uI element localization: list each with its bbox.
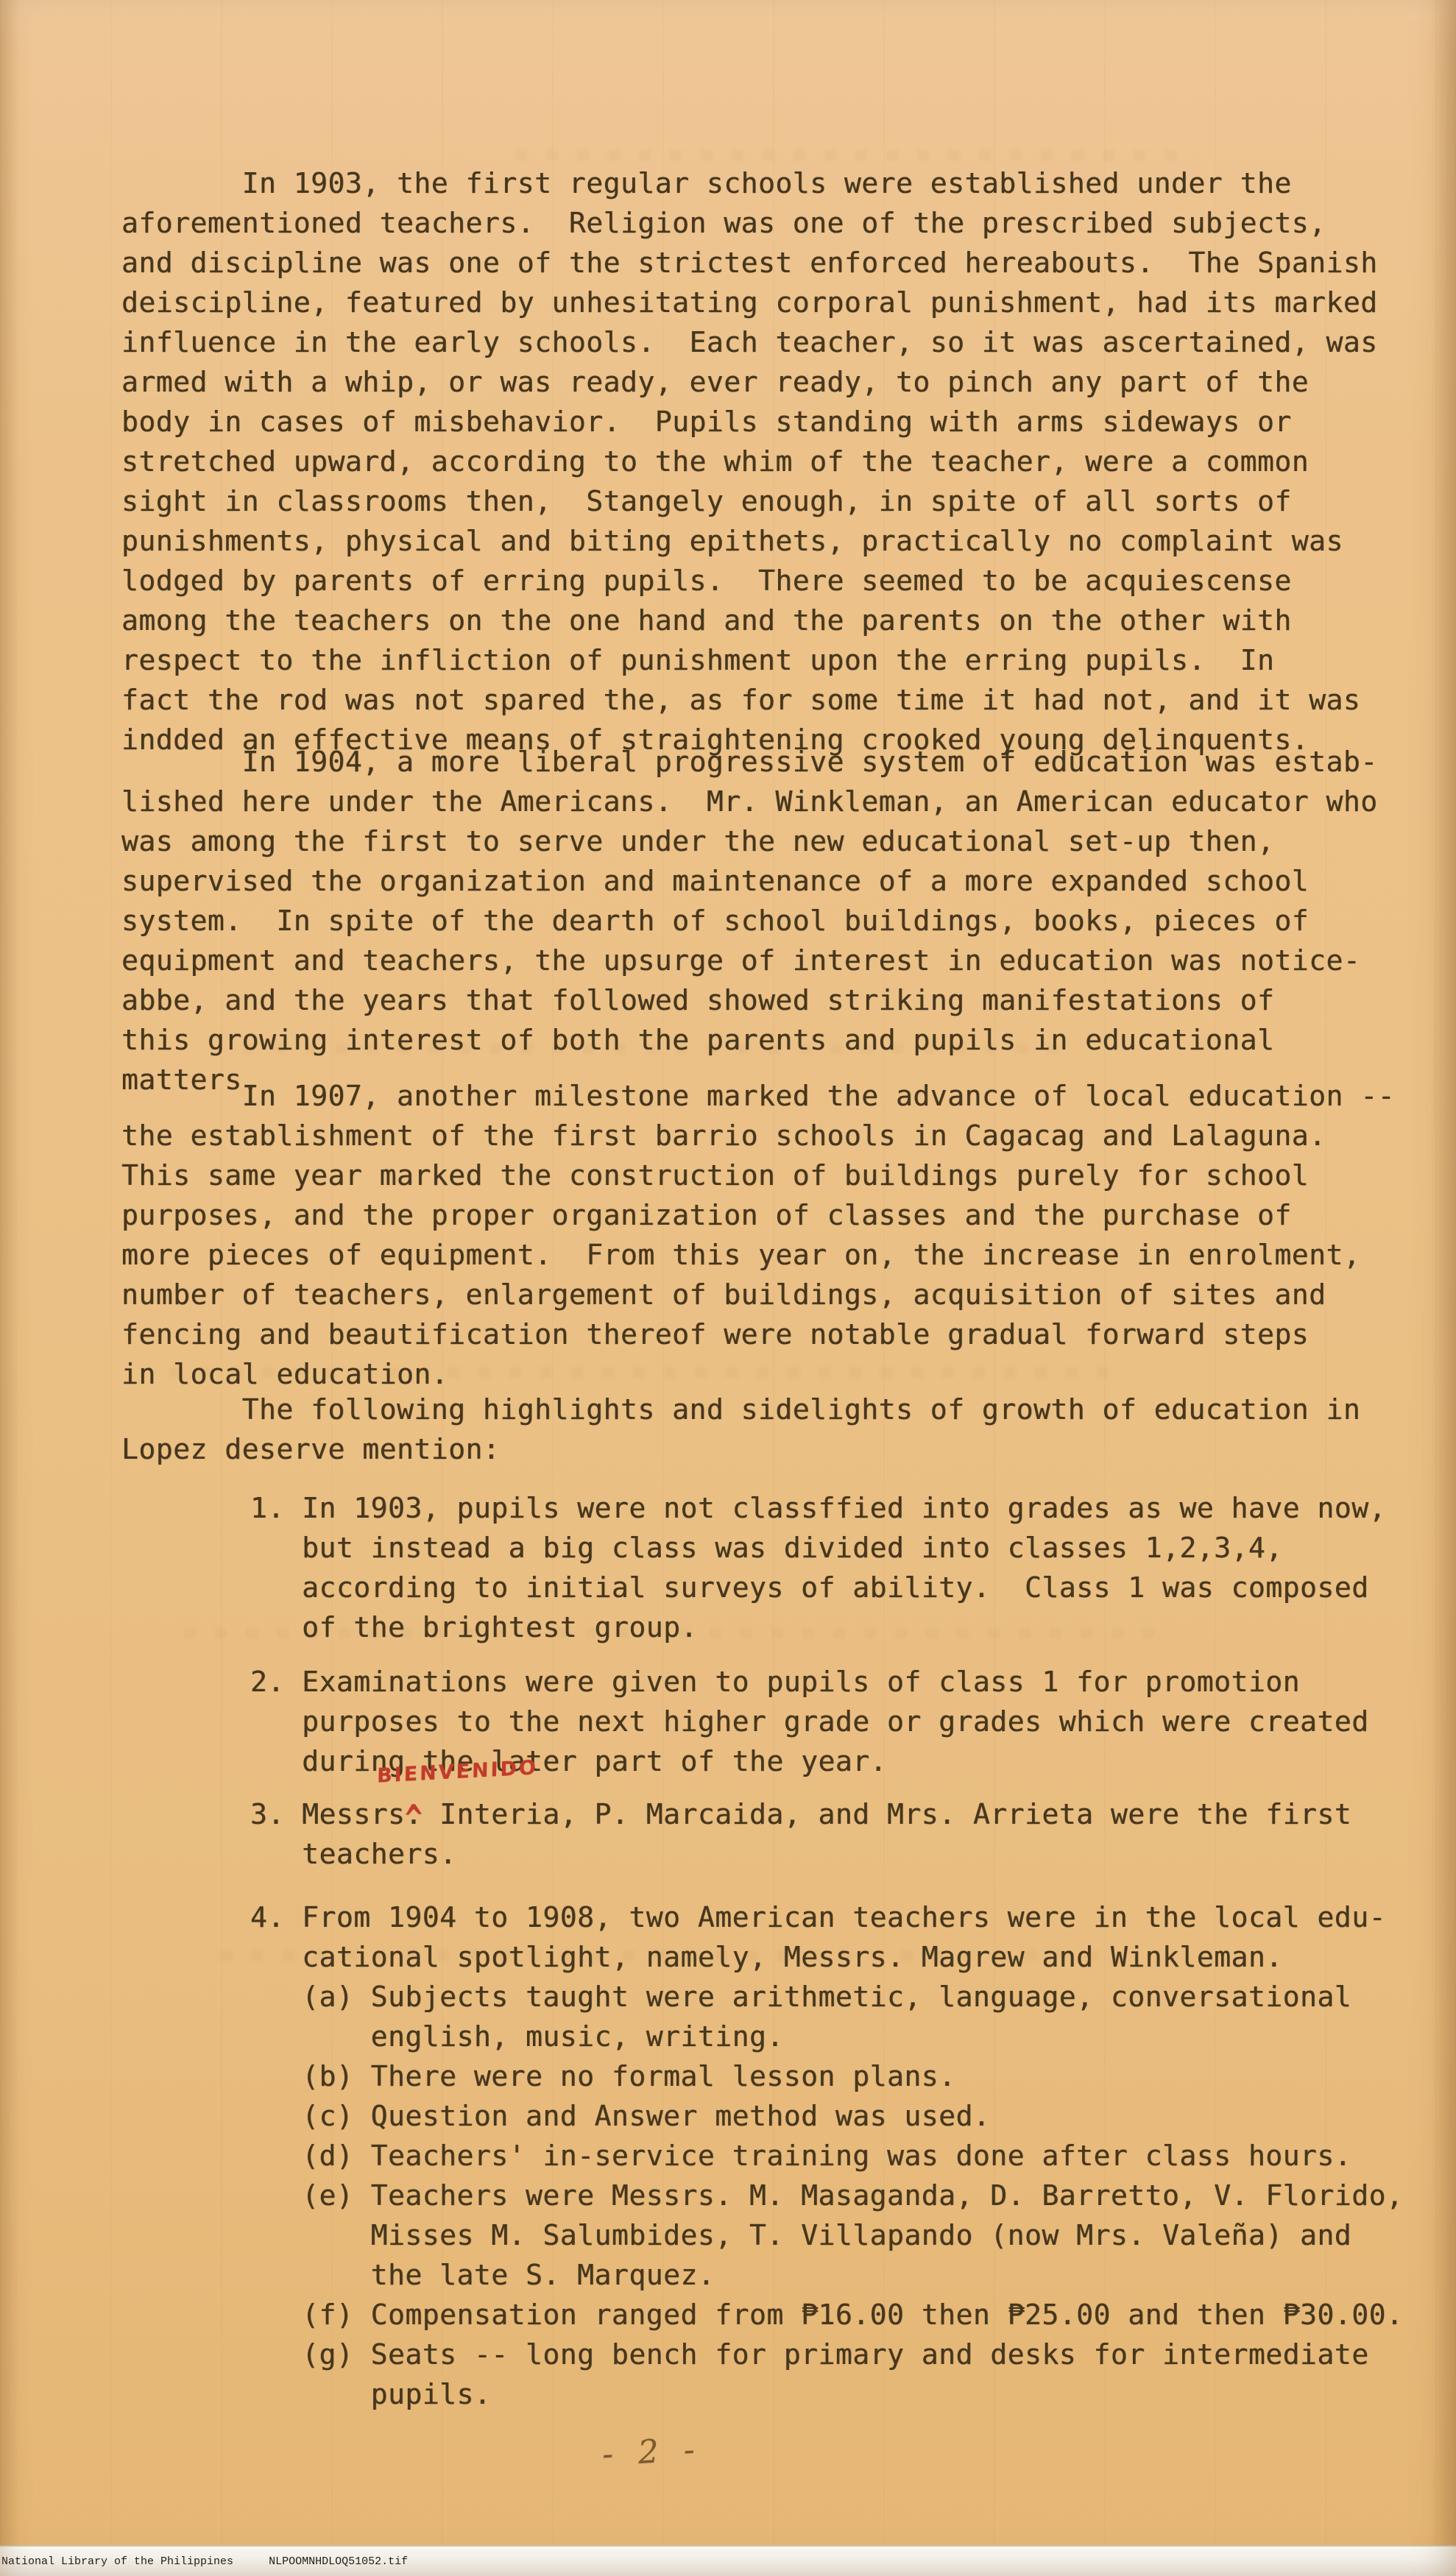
paragraph-highlights-intro: The following highlights and sidelights … <box>121 1390 1360 1469</box>
typed-line: abbe, and the years that followed showed… <box>121 980 1378 1020</box>
typed-line: (b) There were no formal lesson plans. <box>250 2056 1403 2096</box>
typed-line: punishments, physical and biting epithet… <box>121 521 1378 561</box>
typed-line: pupils. <box>250 2374 1403 2414</box>
typed-line: and discipline was one of the strictest … <box>121 243 1378 283</box>
typed-line: 4. From 1904 to 1908, two American teach… <box>250 1897 1403 1937</box>
typed-line: body in cases of misbehavior. Pupils sta… <box>121 402 1378 442</box>
paragraph-1903: In 1903, the first regular schools were … <box>121 163 1378 760</box>
typed-line: In 1904, a more liberal progressive syst… <box>121 742 1378 782</box>
typed-line: more pieces of equipment. From this year… <box>121 1235 1395 1275</box>
typed-line: (c) Question and Answer method was used. <box>250 2096 1403 2136</box>
typed-line: 2. Examinations were given to pupils of … <box>250 1662 1369 1702</box>
typed-line: (g) Seats -- long bench for primary and … <box>250 2335 1403 2374</box>
typed-line: number of teachers, enlargement of build… <box>121 1275 1395 1314</box>
typed-line: stretched upward, according to the whim … <box>121 442 1378 481</box>
paragraph-1904: In 1904, a more liberal progressive syst… <box>121 742 1378 1100</box>
typed-line: was among the first to serve under the n… <box>121 821 1378 861</box>
typed-line: 1. In 1903, pupils were not classffied i… <box>250 1488 1386 1528</box>
insertion-caret-mark: ^ <box>403 1797 425 1841</box>
typed-line: supervised the organization and maintena… <box>121 861 1378 901</box>
typed-line: Lopez deserve mention: <box>121 1429 1360 1469</box>
scan-filename-label: NLPOOMNHDLOQ51052.tif <box>269 2555 408 2568</box>
typed-line: purposes to the next higher grade or gra… <box>250 1702 1369 1741</box>
list-item-1: 1. In 1903, pupils were not classffied i… <box>250 1488 1386 1647</box>
typed-line: (d) Teachers' in-service training was do… <box>250 2136 1403 2176</box>
typed-line: respect to the infliction of punishment … <box>121 640 1378 680</box>
typed-line: fencing and beautification thereof were … <box>121 1314 1395 1354</box>
typed-line: In 1907, another milestone marked the ad… <box>121 1076 1395 1116</box>
typed-line: (e) Teachers were Messrs. M. Masaganda, … <box>250 2176 1403 2215</box>
page-number: - 2 - <box>601 2430 703 2473</box>
typed-line: of the brightest group. <box>250 1607 1386 1647</box>
typed-line: aforementioned teachers. Religion was on… <box>121 203 1378 243</box>
ghost-smudge <box>515 150 1192 160</box>
scanned-typewritten-page: In 1903, the first regular schools were … <box>0 0 1456 2576</box>
typed-line: (f) Compensation ranged from ₱16.00 then… <box>250 2295 1403 2335</box>
typed-line: equipment and teachers, the upsurge of i… <box>121 941 1378 980</box>
typed-line: sight in classrooms then, Stangely enoug… <box>121 481 1378 521</box>
typed-line: cational spotlight, namely, Messrs. Magr… <box>250 1937 1403 1977</box>
typed-line: english, music, writing. <box>250 2017 1403 2056</box>
typed-line: among the teachers on the one hand and t… <box>121 601 1378 640</box>
typed-line: Misses M. Salumbides, T. Villapando (now… <box>250 2215 1403 2255</box>
typed-line: according to initial surveys of ability.… <box>250 1568 1386 1607</box>
typed-line: this growing interest of both the parent… <box>121 1020 1378 1060</box>
typed-line: influence in the early schools. Each tea… <box>121 322 1378 362</box>
typed-line: fact the rod was not spared the, as for … <box>121 680 1378 720</box>
typed-line: lished here under the Americans. Mr. Win… <box>121 782 1378 821</box>
typed-line: The following highlights and sidelights … <box>121 1390 1360 1429</box>
scan-footer-bar: National Library of the Philippines NLPO… <box>0 2545 1456 2576</box>
typed-line: the late S. Marquez. <box>250 2255 1403 2295</box>
typed-line: but instead a big class was divided into… <box>250 1528 1386 1568</box>
typed-line: (a) Subjects taught were arithmetic, lan… <box>250 1977 1403 2017</box>
typed-line: armed with a whip, or was ready, ever re… <box>121 362 1378 402</box>
typed-line: the establishment of the first barrio sc… <box>121 1116 1395 1156</box>
typed-line: deiscipline, featured by unhesitating co… <box>121 283 1378 322</box>
typed-line: in local education. <box>121 1354 1395 1394</box>
library-label: National Library of the Philippines <box>1 2555 233 2568</box>
typed-line: lodged by parents of erring pupils. Ther… <box>121 561 1378 601</box>
paragraph-1907: In 1907, another milestone marked the ad… <box>121 1076 1395 1394</box>
typed-line: This same year marked the construction o… <box>121 1156 1395 1195</box>
typed-line: In 1903, the first regular schools were … <box>121 163 1378 203</box>
typed-line: purposes, and the proper organization of… <box>121 1195 1395 1235</box>
typed-line: system. In spite of the dearth of school… <box>121 901 1378 941</box>
list-item-4: 4. From 1904 to 1908, two American teach… <box>250 1897 1403 2414</box>
